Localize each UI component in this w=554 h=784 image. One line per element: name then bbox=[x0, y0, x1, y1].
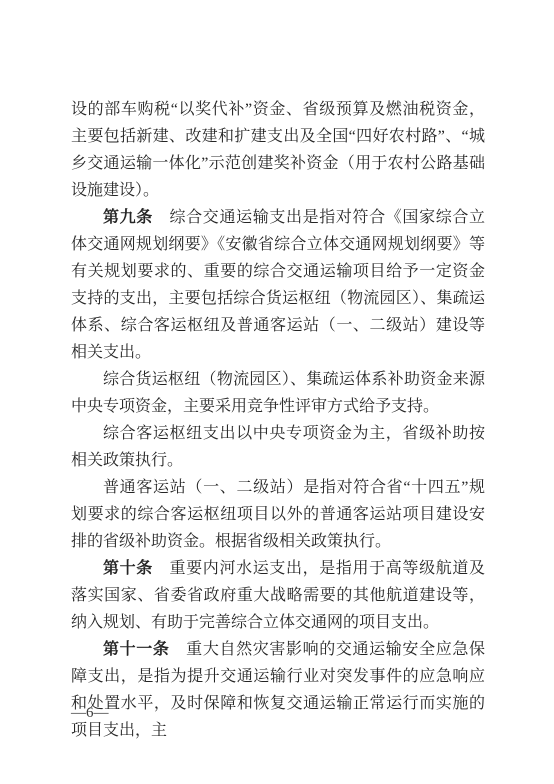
paragraph-text: 综合客运枢纽支出以中央专项资金为主，省级补助按相关政策执行。 bbox=[71, 425, 485, 469]
paragraph-article-11: 第十一条 重大自然灾害影响的交通运输安全应急保障支出，是指为提升交通运输行业对突… bbox=[71, 636, 485, 744]
paragraph-text: 普通客运站（一、二级站）是指对符合省“十四五”规划要求的综合客运枢纽项目以外的普… bbox=[71, 479, 485, 550]
paragraph-text: 综合交通运输支出是指对符合《国家综合立体交通网规划纲要》《安徽省综合立体交通网规… bbox=[71, 209, 485, 361]
document-page: 设的部车购税“以奖代补”资金、省级预算及燃油税资金，主要包括新建、改建和扩建支出… bbox=[0, 0, 554, 784]
paragraph-article-10: 第十条 重要内河水运支出，是指用于高等级航道及落实国家、省委省政府重大战略需要的… bbox=[71, 555, 485, 636]
paragraph-article-9: 第九条 综合交通运输支出是指对符合《国家综合立体交通网规划纲要》《安徽省综合立体… bbox=[71, 204, 485, 366]
paragraph-text: 综合货运枢纽（物流园区）、集疏运体系补助资金来源中央专项资金，主要采用竞争性评审… bbox=[71, 371, 485, 415]
paragraph-ordinary-station: 普通客运站（一、二级站）是指对符合省“十四五”规划要求的综合客运枢纽项目以外的普… bbox=[71, 474, 485, 555]
article-number: 第十一条 bbox=[103, 641, 170, 658]
article-number: 第九条 bbox=[103, 209, 153, 226]
page-number: —6— bbox=[71, 705, 109, 722]
paragraph-text: 设的部车购税“以奖代补”资金、省级预算及燃油税资金，主要包括新建、改建和扩建支出… bbox=[71, 101, 485, 199]
paragraph-passenger-hub: 综合客运枢纽支出以中央专项资金为主，省级补助按相关政策执行。 bbox=[71, 420, 485, 474]
paragraph-continuation: 设的部车购税“以奖代补”资金、省级预算及燃油税资金，主要包括新建、改建和扩建支出… bbox=[71, 96, 485, 204]
paragraph-freight-hub: 综合货运枢纽（物流园区）、集疏运体系补助资金来源中央专项资金，主要采用竞争性评审… bbox=[71, 366, 485, 420]
article-number: 第十条 bbox=[103, 560, 153, 577]
document-body: 设的部车购税“以奖代补”资金、省级预算及燃油税资金，主要包括新建、改建和扩建支出… bbox=[71, 96, 485, 744]
